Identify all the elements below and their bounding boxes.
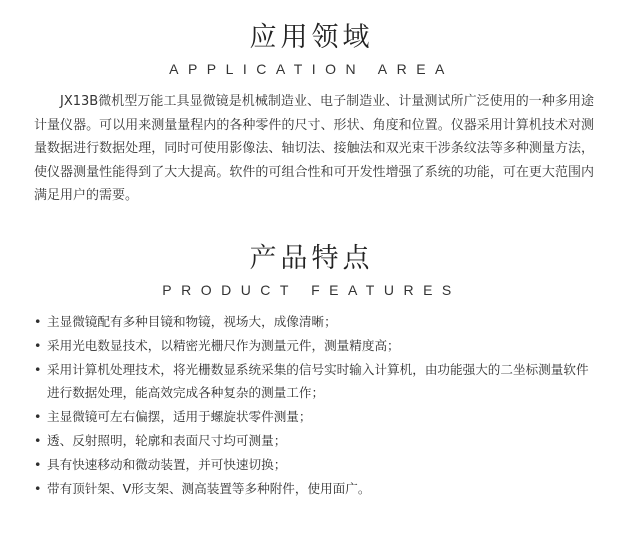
bullet-icon: •	[34, 334, 44, 358]
feature-item: •主显微镜可左右偏摆，适用于螺旋状零件测量；	[34, 405, 594, 429]
bullet-icon: •	[34, 310, 44, 334]
feature-list: •主显微镜配有多种目镜和物镜，视场大，成像清晰； •采用光电数显技术，以精密光栅…	[34, 310, 594, 500]
feature-item: •带有顶针架、V形支架、测高装置等多种附件，使用面广。	[34, 477, 594, 501]
feature-text: 主显微镜配有多种目镜和物镜，视场大，成像清晰；	[47, 314, 337, 329]
feature-text: 具有快速移动和微动装置，并可快速切换；	[47, 457, 286, 472]
feature-text: 采用光电数显技术，以精密光栅尺作为测量元件，测量精度高；	[47, 338, 400, 353]
application-area-title: 应用领域	[0, 23, 623, 53]
feature-item: •透、反射照明，轮廓和表面尺寸均可测量；	[34, 429, 594, 453]
product-features-title: 产品特点	[0, 244, 623, 274]
feature-item: •采用光电数显技术，以精密光栅尺作为测量元件，测量精度高；	[34, 334, 594, 358]
application-description: JX13B微机型万能工具显微镜是机械制造业、电子制造业、计量测试所广泛使用的一种…	[34, 90, 594, 208]
feature-item: •主显微镜配有多种目镜和物镜，视场大，成像清晰；	[34, 310, 594, 334]
product-features-subtitle: PRODUCT FEATURES	[0, 282, 623, 298]
application-area-subtitle: APPLICATION AREA	[0, 61, 623, 77]
bullet-icon: •	[34, 429, 44, 453]
feature-item: •采用计算机处理技术，将光栅数显系统采集的信号实时输入计算机，由功能强大的二坐标…	[34, 358, 594, 406]
feature-text: 采用计算机处理技术，将光栅数显系统采集的信号实时输入计算机，由功能强大的二坐标测…	[47, 362, 589, 401]
feature-item: •具有快速移动和微动装置，并可快速切换；	[34, 453, 594, 477]
bullet-icon: •	[34, 477, 44, 501]
bullet-icon: •	[34, 358, 44, 382]
feature-text: 透、反射照明，轮廓和表面尺寸均可测量；	[47, 433, 286, 448]
feature-text: 带有顶针架、V形支架、测高装置等多种附件，使用面广。	[47, 481, 370, 496]
bullet-icon: •	[34, 405, 44, 429]
bullet-icon: •	[34, 453, 44, 477]
feature-text: 主显微镜可左右偏摆，适用于螺旋状零件测量；	[47, 409, 311, 424]
